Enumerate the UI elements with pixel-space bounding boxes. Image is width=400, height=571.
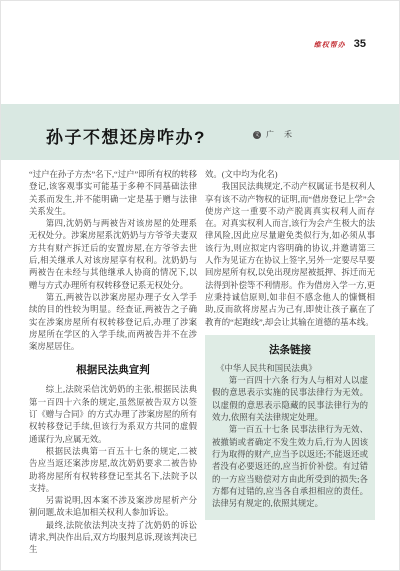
paragraph: 综上,法院采信沈奶奶的主张,根据民法典第一百四十六条的规定,虽然原被告双方以签订… <box>29 384 197 445</box>
law-link-box: 法条链接 《中华人民共和国民法典》 第一百四十六条 行为人与相对人以虚假的意思表… <box>205 335 375 521</box>
author-name: 广 禾 <box>266 129 296 140</box>
column-badge: 维权帮办 <box>314 40 346 50</box>
paragraph: 另需说明,因本案不涉及案涉房屋析产分割问题,故未追加相关权利人参加诉讼。 <box>29 495 197 520</box>
paragraph: 第五,两被告以涉案房屋办理子女入学手续的目的性较为明显。经查证,两被告之子确实在… <box>29 292 197 353</box>
paragraph: 效。(文中均为化名) <box>205 169 375 181</box>
paragraph: 我国民法典规定,不动产权属证书是权利人享有该不动产物权的证明,而“借房登记上学”… <box>205 181 375 329</box>
body-left-column: “过户在孙子方杰”名下,“过户”即所有权的转移登记,该客观事实可能基于多种不同基… <box>29 169 197 557</box>
author-credit: 文 广 禾 <box>253 129 296 140</box>
section-header: 根据民法典宣判 <box>29 362 197 377</box>
paragraph: 第四,沈奶奶与两被告对该房屋的处理系无权处分。涉案房屋系沈奶奶与方爷爷夫妻双方共… <box>29 218 197 292</box>
law-box-title: 法条链接 <box>212 342 368 357</box>
paragraph: 根据民法典第一百五十七条的规定,二被告应当返还案涉房屋,故沈奶奶要求二被告协助将… <box>29 446 197 495</box>
paragraph: “过户在孙子方杰”名下,“过户”即所有权的转移登记,该客观事实可能基于多种不同基… <box>29 169 197 218</box>
law-article: 第一百五十七条 民事法律行为无效、被撤销或者确定不发生效力后,行为人因该行为取得… <box>212 424 368 510</box>
magazine-page: 维权帮办 35 孙子不想还房咋办? 文 广 禾 “过户在孙子方杰”名下,“过户”… <box>0 0 400 571</box>
law-source: 《中华人民共和国民法典》 <box>212 363 368 375</box>
body-right-column: 效。(文中均为化名) 我国民法典规定,不动产权属证书是权利人享有该不动产物权的证… <box>205 169 375 520</box>
law-article: 第一百四十六条 行为人与相对人以虚假的意思表示实施的民事法律行为无效。以虚假的意… <box>212 375 368 424</box>
paragraph: 最终,法院依法判决支持了沈奶奶的诉讼请求,判决作出后,双方均服判息诉,现该判决已… <box>29 520 197 557</box>
title-band: 孙子不想还房咋办? 文 广 禾 <box>1 104 399 160</box>
author-icon: 文 <box>253 131 261 139</box>
article-title: 孙子不想还房咋办? <box>46 123 206 148</box>
page-number: 35 <box>354 38 366 50</box>
page-header: 维权帮办 35 <box>314 38 366 50</box>
